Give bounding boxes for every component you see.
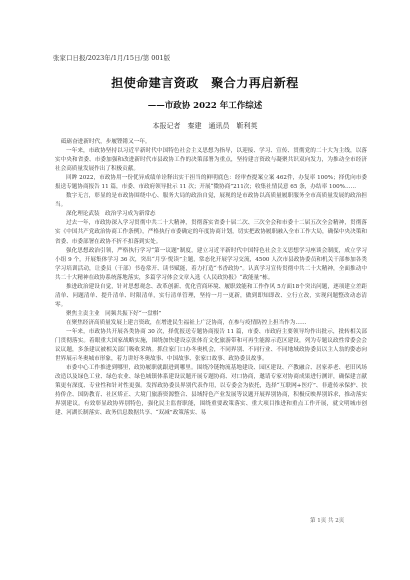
section-heading: 深化理论武装 政治学习成为新常态: [55, 210, 367, 219]
paragraph: 在聚焦经济高质量发展上建言资政，在增进民生福祉上广泛协商，在参与疫情防控上担当作…: [55, 319, 367, 328]
document-page: 张家口日报/2023年/1月/15日/第 001版 担使命建言资政 聚合力再启新…: [0, 0, 410, 580]
article-body: 砥砺奋进新时代，步履铿锵又一年。 一年来，市政协坚持以习近平新时代中国特色社会主…: [55, 138, 367, 418]
source-line: 张家口日报/2023年/1月/15日/第 001版: [53, 53, 170, 62]
paragraph: 一年来，市政协坚持以习近平新时代中国特色社会主义思想为指导，以迎接、学习、宣传、…: [55, 147, 367, 174]
paragraph: 强化思想政治引领，严格执行学习“第一议题”制度，建立习近平新时代中国特色社会主义…: [55, 247, 367, 283]
section-heading: 聚焦主责主业 同频共振下好“一盘棋”: [55, 310, 367, 319]
paragraph: 砥砺奋进新时代，步履铿锵又一年。: [55, 138, 367, 147]
article-subtitle: ——市政协 2022 年工作综述: [0, 99, 410, 111]
byline: 本报记者 秦建 通讯员 靳利英: [0, 121, 410, 131]
paragraph: 过去一年，市政协深入学习贯彻中共二十大精神，贯彻落实省委十届二次、三次全会和市委…: [55, 219, 367, 246]
paragraph: 市委中心工作推进到哪里，政协履职就跟进到哪里。围绕冷链物流基地建设、园区建设、产…: [55, 364, 367, 418]
page-number: 第 1页 共 2页: [310, 516, 344, 524]
paragraph: 数字无言，彰显的是市政协围绕中心、服务大局的政治自觉，展现的是市政协以高质量履职…: [55, 192, 367, 210]
paragraph: 回眸 2022，市政协用一份优异成绩单诠释出实干担当的鲜明底色：经审查提案立案 …: [55, 174, 367, 192]
paragraph: 一年来，市政协共开展各类协商 30 次，择优报送专题协商报告 11 篇，市委、市…: [55, 328, 367, 364]
article-title: 担使命建言资政 聚合力再启新程: [0, 74, 410, 91]
paragraph: 推进政治建设自觉，针对思想观念、改革创新、优化营商环境、履职效能和工作作风 5方…: [55, 283, 367, 310]
